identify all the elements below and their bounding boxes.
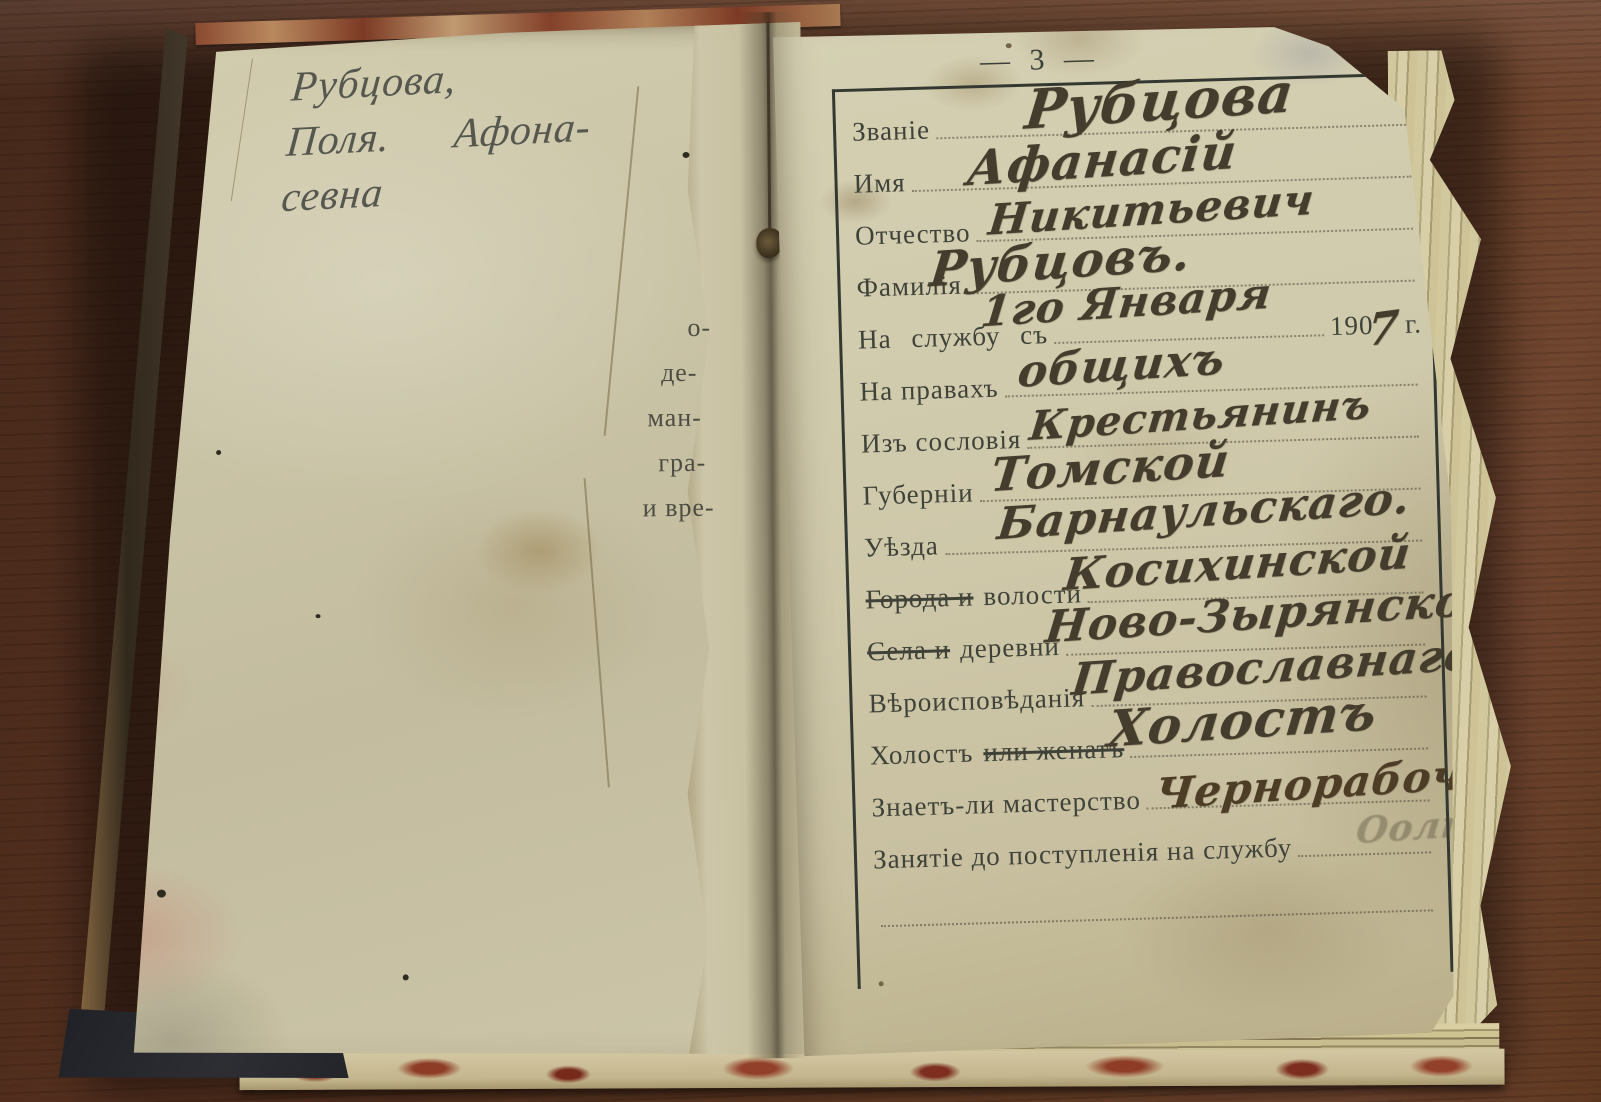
photo-of-service-booklet: { "document_type": "service booklet page…: [0, 0, 1601, 1102]
printed-text-fragments: о- де- ман- гра- и вре-: [581, 305, 713, 531]
field-label: Званіе: [852, 115, 931, 156]
field-label: Имя: [853, 167, 906, 207]
ink-speck: [157, 889, 166, 897]
left-page: Рубцова, Поля. Афона- севна о- де- ман- …: [100, 22, 809, 1060]
year-group: 190 7 г.: [1329, 296, 1422, 350]
field-label: На правахъ: [859, 373, 999, 416]
ink-speck: [316, 614, 321, 618]
binding-thread: [766, 22, 771, 232]
marbled-cover-bottom-edge: [239, 1049, 1504, 1091]
dotted-line: [881, 909, 1433, 927]
stain-speck: [878, 981, 883, 986]
ink-speck: [403, 975, 409, 981]
field-label-struck: Города и: [865, 581, 974, 623]
paper-crack: [231, 59, 253, 202]
binding-stitch-knot: [756, 228, 782, 258]
form-box: Званіе Рубцова Имя Афанасій Отчество Ник…: [832, 72, 1454, 989]
handwritten-year-digit: 7: [1366, 301, 1401, 357]
field-label: Губерніи: [862, 477, 974, 519]
field-label-struck: Села и: [867, 634, 951, 675]
owner-inscription: Рубцова, Поля. Афона- севна: [279, 45, 598, 226]
ink-speck: [683, 152, 690, 158]
right-page: — 3 — Званіе Рубцова Имя Афанасій Отчест…: [770, 8, 1472, 1067]
dotted-line: [1298, 851, 1431, 857]
field-label: Вѣроисповѣданія: [868, 682, 1086, 727]
ink-speck: [216, 450, 221, 455]
field-label: Уѣзда: [864, 530, 940, 571]
field-label-struck: или женатъ: [983, 733, 1125, 776]
printed-year-suffix: г.: [1405, 308, 1423, 347]
booklet: Рубцова, Поля. Афона- севна о- де- ман- …: [45, 1, 1549, 1100]
field-label: Холостъ: [870, 738, 974, 780]
